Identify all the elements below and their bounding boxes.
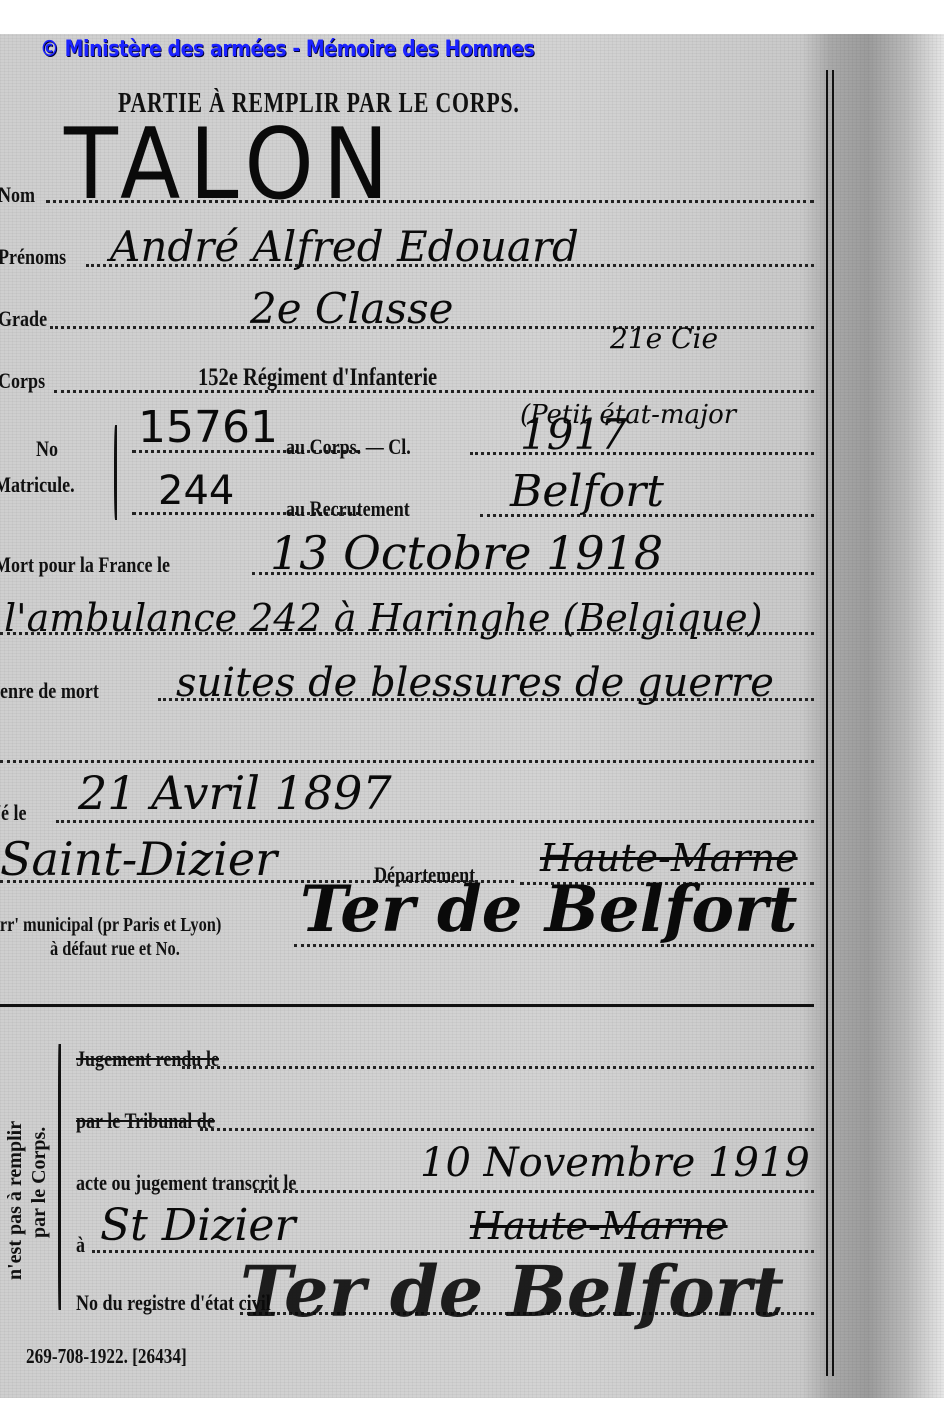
- margin-rule: [832, 70, 834, 1376]
- dotted-line: [0, 760, 814, 763]
- brace: [114, 425, 117, 520]
- grade-value: 2e Classe: [250, 284, 454, 333]
- margin-rule: [826, 70, 828, 1376]
- registre-value: Ter de Belfort: [240, 1250, 784, 1333]
- side-note: n'est pas à remplir: [4, 1121, 27, 1280]
- transcrit-value: 10 Novembre 1919: [420, 1140, 810, 1186]
- corps-value: 152e Régiment d'Infanterie: [198, 364, 437, 392]
- section-divider: [0, 1004, 814, 1007]
- corps-label: Corps: [0, 368, 45, 394]
- matricule-recrutement-label: au Recrutement: [286, 496, 410, 522]
- matricule-classe: 1917: [520, 410, 627, 459]
- departement-value: Ter de Belfort: [300, 872, 797, 947]
- matricule-recrutement-place: Belfort: [510, 466, 664, 517]
- dotted-line: [254, 1190, 814, 1193]
- dotted-line: [56, 820, 814, 823]
- ne-lieu-value: Saint-Dizier: [0, 832, 277, 886]
- a-value: St Dizier: [100, 1200, 296, 1251]
- dotted-line: [200, 1128, 814, 1131]
- prenoms-value: André Alfred Edouard: [110, 222, 579, 271]
- mort-lieu-value: l'ambulance 242 à Haringhe (Belgique): [4, 596, 763, 640]
- transcrit-label: acte ou jugement transcrit le: [76, 1170, 296, 1196]
- copyright-watermark: © Ministère des armées - Mémoire des Hom…: [40, 37, 534, 62]
- prenoms-label: Prénoms: [0, 244, 66, 270]
- matricule-corps-number: 15761: [138, 402, 278, 453]
- genre-mort-label: Genre de mort: [0, 678, 99, 704]
- nom-label: Nom: [0, 182, 35, 208]
- arr-municipal-label: Arr' municipal (pr Paris et Lyon): [0, 914, 221, 937]
- matricule-recrutement-number: 244: [158, 468, 234, 514]
- side-note-2: par le Corps.: [28, 1127, 51, 1238]
- grade-label: Grade: [0, 306, 47, 332]
- arr-municipal-sublabel: à défaut rue et No.: [50, 938, 180, 961]
- genre-mort-value: suites de blessures de guerre: [176, 660, 774, 706]
- brace: [58, 1044, 61, 1310]
- ne-le-value: 21 Avril 1897: [78, 766, 392, 820]
- mort-date-label: Mort pour la France le: [0, 552, 170, 578]
- nom-value: TALON: [64, 108, 398, 222]
- jugement-label: Jugement rendu le: [76, 1046, 219, 1072]
- dotted-line: [182, 1066, 814, 1069]
- ne-le-label: Né le: [0, 800, 27, 826]
- a-label: à: [76, 1232, 85, 1258]
- mort-date-value: 13 Octobre 1918: [270, 526, 663, 580]
- tribunal-label: par le Tribunal de: [76, 1108, 215, 1134]
- a-struck-value: Haute-Marne: [470, 1204, 728, 1248]
- matricule-label: Matricule.: [0, 472, 75, 498]
- matricule-corps-label: au Corps. — Cl.: [286, 434, 411, 460]
- matricule-no-label: No: [36, 436, 58, 462]
- grade-annotation: 21e Cie: [610, 322, 718, 355]
- form-reference: 269-708-1922. [26434]: [26, 1344, 187, 1369]
